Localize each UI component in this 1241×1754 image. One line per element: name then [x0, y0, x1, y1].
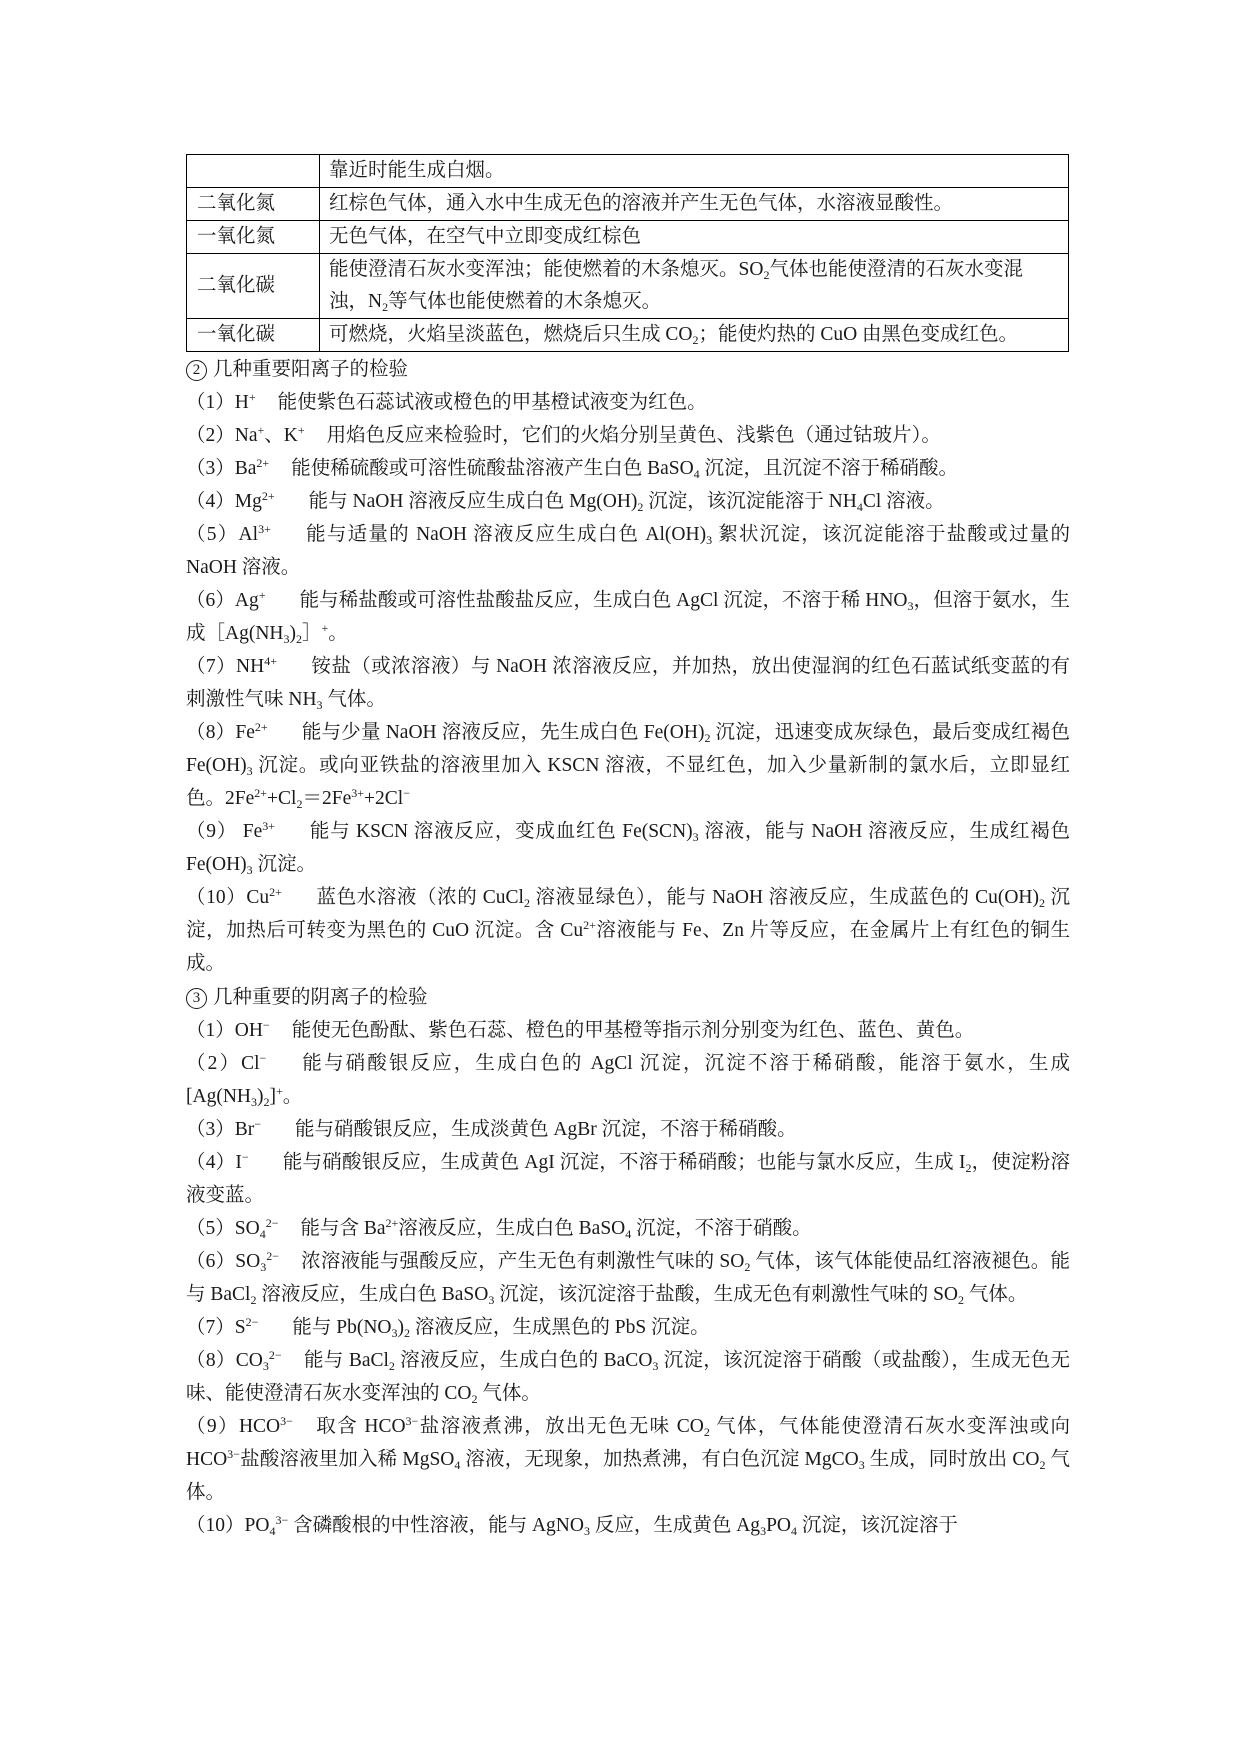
table-row: 一氧化碳 可燃烧，火焰呈淡蓝色，燃烧后只生成 CO2；能使灼热的 CuO 由黑色…	[187, 319, 1069, 352]
cation-section: 2几种重要阳离子的检验 （1）H+能使紫色石蕊试液或橙色的甲基橙试液变为红色。 …	[186, 353, 1070, 980]
list-item: （4）I−能与硝酸银反应，生成黄色 AgI 沉淀，不溶于稀硝酸；也能与氯水反应，…	[186, 1146, 1070, 1212]
list-item: （6）Ag+能与稀盐酸或可溶性盐酸盐反应，生成白色 AgCl 沉淀，不溶于稀 H…	[186, 584, 1070, 650]
list-item: （2）Na+、K+用焰色反应来检验时，它们的火焰分别呈黄色、浅紫色（通过钴玻片）…	[186, 419, 1070, 452]
list-item: （9）HCO3−取含 HCO3−盐溶液煮沸，放出无色无味 CO2 气体，气体能使…	[186, 1410, 1070, 1509]
table-row: 二氧化氮 红棕色气体，通入水中生成无色的溶液并产生无色气体，水溶液显酸性。	[187, 188, 1069, 221]
list-item: （10）Cu2+蓝色水溶液（浓的 CuCl2 溶液显绿色），能与 NaOH 溶液…	[186, 881, 1070, 980]
list-item: （3）Br−能与硝酸银反应，生成淡黄色 AgBr 沉淀，不溶于稀硝酸。	[186, 1113, 1070, 1146]
gas-name-cell: 一氧化碳	[187, 319, 320, 352]
gas-identification-table: 靠近时能生成白烟。 二氧化氮 红棕色气体，通入水中生成无色的溶液并产生无色气体，…	[186, 154, 1069, 352]
gas-name-cell: 二氧化氮	[187, 188, 320, 221]
document-page: 靠近时能生成白烟。 二氧化氮 红棕色气体，通入水中生成无色的溶液并产生无色气体，…	[186, 154, 1070, 1542]
list-item: （7）S2−能与 Pb(NO3)2 溶液反应，生成黑色的 PbS 沉淀。	[186, 1311, 1070, 1344]
list-item: （9） Fe3+能与 KSCN 溶液反应，变成血红色 Fe(SCN)3 溶液，能…	[186, 815, 1070, 881]
list-item: （10）PO43− 含磷酸根的中性溶液，能与 AgNO3 反应，生成黄色 Ag3…	[186, 1509, 1070, 1542]
list-item: （4）Mg2+能与 NaOH 溶液反应生成白色 Mg(OH)2 沉淀，该沉淀能溶…	[186, 485, 1070, 518]
gas-desc-cell: 可燃烧，火焰呈淡蓝色，燃烧后只生成 CO2；能使灼热的 CuO 由黑色变成红色。	[320, 319, 1069, 352]
gas-name-cell: 二氧化碳	[187, 254, 320, 319]
anion-section: 3几种重要的阴离子的检验 （1）OH−能使无色酚酞、紫色石蕊、橙色的甲基橙等指示…	[186, 981, 1070, 1542]
list-item: （1）H+能使紫色石蕊试液或橙色的甲基橙试液变为红色。	[186, 386, 1070, 419]
section-heading: 3几种重要的阴离子的检验	[186, 981, 1070, 1014]
list-item: （2）Cl−能与硝酸银反应，生成白色的 AgCl 沉淀，沉淀不溶于稀硝酸，能溶于…	[186, 1047, 1070, 1113]
list-item: （5）SO42−能与含 Ba2+溶液反应，生成白色 BaSO4 沉淀，不溶于硝酸…	[186, 1212, 1070, 1245]
list-item: （8）CO32−能与 BaCl2 溶液反应，生成白色的 BaCO3 沉淀，该沉淀…	[186, 1344, 1070, 1410]
section-title: 几种重要的阴离子的检验	[213, 987, 428, 1008]
list-item: （5）Al3+能与适量的 NaOH 溶液反应生成白色 Al(OH)3 絮状沉淀，…	[186, 518, 1070, 584]
list-item: （7）NH4+铵盐（或浓溶液）与 NaOH 浓溶液反应，并加热，放出使湿润的红色…	[186, 650, 1070, 716]
gas-desc-cell: 能使澄清石灰水变浑浊；能使燃着的木条熄灭。SO2气体也能使澄清的石灰水变混浊，N…	[320, 254, 1069, 319]
section-title: 几种重要阳离子的检验	[213, 359, 408, 380]
table-row: 一氧化氮 无色气体，在空气中立即变成红棕色	[187, 221, 1069, 254]
gas-desc-cell: 靠近时能生成白烟。	[320, 155, 1069, 188]
list-item: （3）Ba2+能使稀硫酸或可溶性硫酸盐溶液产生白色 BaSO4 沉淀，且沉淀不溶…	[186, 452, 1070, 485]
list-item: （8）Fe2+能与少量 NaOH 溶液反应，先生成白色 Fe(OH)2 沉淀，迅…	[186, 716, 1070, 815]
circled-number: 3	[186, 988, 207, 1009]
gas-desc-cell: 红棕色气体，通入水中生成无色的溶液并产生无色气体，水溶液显酸性。	[320, 188, 1069, 221]
gas-name-cell	[187, 155, 320, 188]
section-heading: 2几种重要阳离子的检验	[186, 353, 1070, 386]
gas-name-cell: 一氧化氮	[187, 221, 320, 254]
list-item: （6）SO32−浓溶液能与强酸反应，产生无色有刺激性气味的 SO2 气体，该气体…	[186, 1245, 1070, 1311]
gas-desc-cell: 无色气体，在空气中立即变成红棕色	[320, 221, 1069, 254]
table-row: 靠近时能生成白烟。	[187, 155, 1069, 188]
list-item: （1）OH−能使无色酚酞、紫色石蕊、橙色的甲基橙等指示剂分别变为红色、蓝色、黄色…	[186, 1014, 1070, 1047]
circled-number: 2	[186, 360, 207, 381]
table-row: 二氧化碳 能使澄清石灰水变浑浊；能使燃着的木条熄灭。SO2气体也能使澄清的石灰水…	[187, 254, 1069, 319]
